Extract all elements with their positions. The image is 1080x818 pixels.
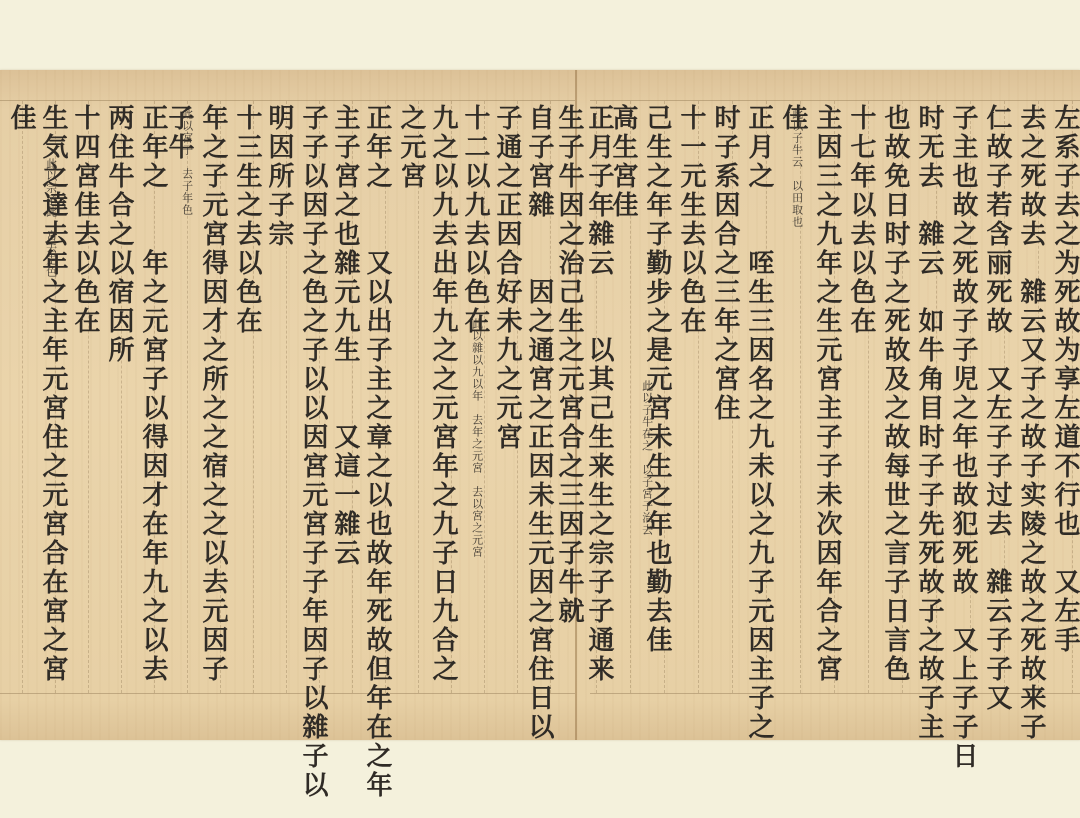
text-column: 明因所子宗 [266, 104, 292, 249]
text-column: 正月之 咥生三因名之九未以之九子元因主子之 [746, 104, 772, 742]
text-column: 十二以九去以色在 [462, 104, 488, 336]
text-column: 佳 [8, 104, 34, 133]
text-column: 仁故子若含丽死故 又左子子过去 雜云子子又 [984, 104, 1010, 713]
text-column: 子主也故之死故子子児之年也故犯死故 又上子子日 [950, 104, 976, 771]
text-column: 九之以九去出年九之之元宮年之九子日九合之 [430, 104, 456, 684]
text-column: 十七年以去以色在 [848, 104, 874, 336]
text-column: 自子宮雜 因之通宮之正因未生元因之宮住日以 [526, 104, 552, 742]
page-background: 左系子去之为死故为享左道不行也 又左手去之死故去 雜云又子之故子实陵之故之死故来… [0, 0, 1080, 818]
text-column: 正月子年雜云 以其己生来生之宗子子通来 [586, 104, 612, 684]
text-column: 去之死故去 雜云又子之故子实陵之故之死故来子 [1018, 104, 1044, 742]
text-column: 正年之 又以出子主之章之以也故年死故但年在之年 [364, 104, 390, 800]
interlinear-note: 此以雜以九以年 去年之元宮 去以宮之元宮 [470, 318, 483, 558]
text-column: 年之子元宮得因才之所之之宿之之以去元因子 [200, 104, 226, 684]
text-column: 正年之 年之元宮子以得因才在年九之以去 [140, 104, 166, 684]
text-column: 也故免日时子之死故及之故每世之言子日言色 [882, 104, 908, 684]
text-column: 十一元生去以色在 [678, 104, 704, 336]
interlinear-note: 此以宮子 去子年色 [180, 108, 193, 216]
text-column: 主因三之九年之生元宮主子子未次因年合之宮 [814, 104, 840, 684]
text-column: 子子以因子之色之子以以因宮元宮子子年因子以雜子以 [300, 104, 326, 800]
text-column: 左系子去之为死故为享左道不行也 又左手 [1052, 104, 1078, 655]
text-column: 子通之正因合好未九之元宮 [494, 104, 520, 452]
ruled-line [22, 101, 23, 693]
text-column: 十四宮佳去以色在 [72, 104, 98, 336]
manuscript-scroll: 左系子去之为死故为享左道不行也 又左手去之死故去 雜云又子之故子实陵之故之死故来… [0, 70, 1080, 740]
text-column: 之元宮 [398, 104, 424, 191]
text-column: 时无去 雜云 如牛角目时子子先死故子之故子主 [916, 104, 942, 742]
interlinear-note: 此以宗子此 宮去走色 [44, 158, 57, 278]
text-column: 十三生之去以色在 [234, 104, 260, 336]
interlinear-note: 此以子牛云 以田取也 [790, 108, 803, 228]
text-column: 两住牛合之以宿因所 [106, 104, 132, 365]
text-column: 时子系因合之三年之宮住 [712, 104, 738, 423]
interlinear-note: 此以子牛在之 以子宮子治去 [640, 380, 653, 536]
text-column: 主子宮之也雜元九生 又這一雜云 [332, 104, 358, 568]
text-column: 生子牛因之治己生之元宮合之三因子牛就 [556, 104, 582, 626]
